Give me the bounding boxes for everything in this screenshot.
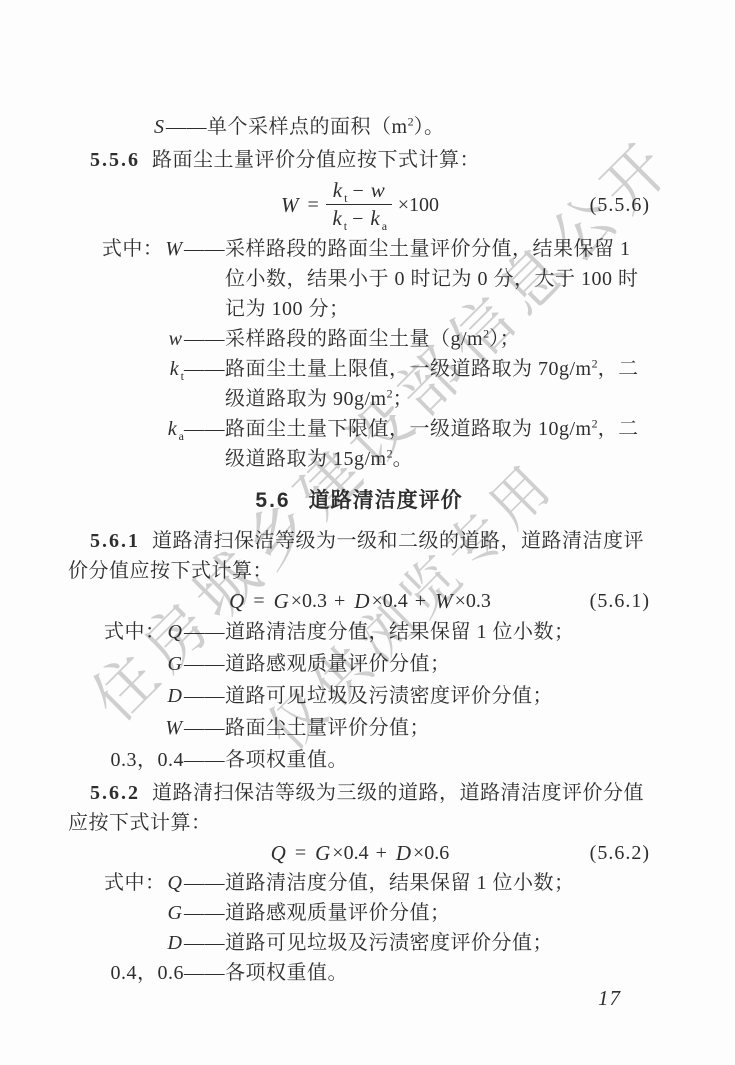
plus-sign: + <box>408 586 433 616</box>
variable-D: D <box>166 932 184 954</box>
definition-dash: —— <box>184 872 225 894</box>
definition-text: 采样路段的路面尘土量（g/m <box>225 328 483 350</box>
definition-dash: —— <box>184 685 225 707</box>
page-number: 17 <box>598 986 621 1011</box>
definition-row: 0.4，0.6—— 各项权重值。 <box>68 958 650 988</box>
definition-dash: —— <box>166 116 207 138</box>
variable-W: W <box>433 586 455 616</box>
definition-text: 路面尘土量下限值，一级道路取为 10g/m2，二级道路取为 15g/m2。 <box>225 414 650 474</box>
definition-term: D—— <box>68 680 225 712</box>
clause-text: 路面尘土量评价分值应按下式计算： <box>140 149 480 171</box>
definition-row: W—— 路面尘土量评价分值； <box>68 712 650 744</box>
definition-text: ）。 <box>414 116 445 138</box>
definition-row: G—— 道路感观质量评价分值； <box>68 648 650 680</box>
definition-row: G—— 道路感观质量评价分值； <box>68 898 650 928</box>
equals-sign: = <box>246 586 271 616</box>
definition-term: 0.3，0.4—— <box>68 744 225 776</box>
definition-text: 道路可见垃圾及污渍密度评价分值； <box>225 680 650 712</box>
definition-dash: —— <box>184 962 225 984</box>
definition-text: 各项权重值。 <box>225 744 650 776</box>
subscript-a: a <box>382 219 387 233</box>
definition-row: w—— 采样路段的路面尘土量（g/m2）； <box>68 324 650 354</box>
equation-number: (5.6.1) <box>590 586 650 616</box>
definition-dash: —— <box>184 902 225 924</box>
variable-D: D <box>394 838 413 868</box>
definition-dash: —— <box>184 358 225 380</box>
definition-term: 0.4，0.6—— <box>68 958 225 988</box>
definition-dash: —— <box>184 653 225 675</box>
definition-term: G—— <box>68 648 225 680</box>
weight-values: 0.4，0.6 <box>111 962 185 984</box>
variable-G: G <box>166 653 184 675</box>
definition-term: W—— <box>68 712 225 744</box>
section-title: 道路清洁度评价 <box>309 489 463 512</box>
definition-text: 。 <box>393 448 414 470</box>
clause-5-5-6: 5.5.6路面尘土量评价分值应按下式计算： <box>68 145 650 175</box>
variable-k: k <box>368 206 381 230</box>
section-number: 5.6 <box>255 489 290 512</box>
definition-text: 路面尘土量下限值，一级道路取为 10g/m <box>225 418 592 440</box>
factor: ×0.4 <box>332 838 368 868</box>
variable-D: D <box>352 586 371 616</box>
factor: ×0.4 <box>372 586 408 616</box>
definition-row: D—— 道路可见垃圾及污渍密度评价分值； <box>68 680 650 712</box>
definition-text: 道路清洁度分值，结果保留 1 位小数； <box>225 616 650 648</box>
variable-G: G <box>166 902 184 924</box>
minus-sign: − <box>352 208 363 230</box>
factor: ×0.3 <box>291 586 327 616</box>
definition-term: 式中：W—— <box>68 234 225 324</box>
definition-text: 道路感观质量评价分值； <box>225 898 650 928</box>
definition-row: 0.3，0.4—— 各项权重值。 <box>68 744 650 776</box>
variable-w: w <box>369 178 387 202</box>
where-block-556: 式中：W—— 采样路段的路面尘土量评价分值，结果保留 1 位小数，结果小于 0 … <box>68 234 650 474</box>
minus-sign: − <box>352 180 363 202</box>
definition-row: D—— 道路可见垃圾及污渍密度评价分值； <box>68 928 650 958</box>
equation-number: (5.6.2) <box>590 838 650 868</box>
definition-term: w—— <box>68 324 225 354</box>
section-heading-5-6: 5.6道路清洁度评价 <box>68 486 650 516</box>
formula-lhs: Q <box>227 586 246 616</box>
variable-k-upper-limit: k <box>168 358 181 380</box>
definition-dash: —— <box>184 717 225 739</box>
definition-dash: —— <box>184 621 225 643</box>
plus-sign: + <box>327 586 352 616</box>
definition-term: ka—— <box>68 414 225 474</box>
variable-Q: Q <box>166 872 184 894</box>
plus-sign: + <box>369 838 394 868</box>
weight-values: 0.3，0.4 <box>111 749 185 771</box>
symbol-s: S <box>152 116 166 138</box>
clause-number: 5.6.1 <box>90 530 140 552</box>
subscript-t: t <box>344 191 347 205</box>
fraction: kt − w kt − ka <box>326 178 392 231</box>
symbol-definition-s: S——单个采样点的面积（m2）。 <box>68 112 650 142</box>
definition-dash: —— <box>184 932 225 954</box>
variable-G: G <box>313 838 332 868</box>
formula-5-6-2: Q = G×0.4 + D×0.6 (5.6.2) <box>68 838 650 868</box>
clause-number: 5.6.2 <box>90 782 140 804</box>
factor: ×0.3 <box>455 586 491 616</box>
definition-text: 单个采样点的面积（m <box>207 116 408 138</box>
definition-text: ）； <box>489 328 520 350</box>
definition-dash: —— <box>184 749 225 771</box>
variable-G: G <box>272 586 291 616</box>
definition-term: 式中：Q—— <box>68 868 225 898</box>
variable-k: k <box>331 178 344 202</box>
definition-term: D—— <box>68 928 225 958</box>
where-label: 式中： <box>102 238 164 260</box>
definition-row: kt—— 路面尘土量上限值，一级道路取为 70g/m2，二级道路取为 90g/m… <box>68 354 650 414</box>
variable-k-lower-limit: k <box>166 418 179 440</box>
formula-lhs: Q <box>269 838 288 868</box>
definition-term: kt—— <box>68 354 225 414</box>
variable-D: D <box>166 685 184 707</box>
factor: ×0.6 <box>413 838 449 868</box>
definition-text: 各项权重值。 <box>225 958 650 988</box>
definition-dash: —— <box>184 328 225 350</box>
variable-Q: Q <box>166 621 184 643</box>
formula-5-5-6: W = kt − w kt − ka ×100 (5.5.6) <box>68 178 650 231</box>
formula-5-6-1: Q = G×0.3 + D×0.4 + W×0.3 (5.6.1) <box>68 586 650 616</box>
definition-text: 道路清洁度分值，结果保留 1 位小数； <box>225 868 650 898</box>
definition-row: 式中：W—— 采样路段的路面尘土量评价分值，结果保留 1 位小数，结果小于 0 … <box>68 234 650 324</box>
page-content: S——单个采样点的面积（m2）。 5.5.6路面尘土量评价分值应按下式计算： W… <box>68 112 650 988</box>
definition-text: 路面尘土量上限值，一级道路取为 70g/m2，二级道路取为 90g/m2； <box>225 354 650 414</box>
definition-text: 路面尘土量评价分值； <box>225 712 650 744</box>
definition-text: 采样路段的路面尘土量（g/m2）； <box>225 324 650 354</box>
clause-number: 5.5.6 <box>90 149 140 171</box>
fraction-denominator: kt − ka <box>326 205 392 231</box>
variable-W: W <box>163 238 184 260</box>
subscript-t: t <box>344 219 347 233</box>
definition-text: 采样路段的路面尘土量评价分值，结果保留 1 位小数，结果小于 0 时记为 0 分… <box>225 234 650 324</box>
definition-dash: —— <box>184 418 225 440</box>
variable-w-lower: w <box>167 328 184 350</box>
definition-text: 道路可见垃圾及污渍密度评价分值； <box>225 928 650 958</box>
clause-5-6-2: 5.6.2道路清扫保洁等级为三级的道路，道路清洁度评价分值应按下式计算： <box>68 778 650 838</box>
formula-factor: ×100 <box>392 190 439 220</box>
definition-term: G—— <box>68 898 225 928</box>
definition-text: 路面尘土量上限值，一级道路取为 70g/m <box>225 358 592 380</box>
equals-sign: = <box>300 190 325 220</box>
equals-sign: = <box>288 838 313 868</box>
where-block-562: 式中：Q—— 道路清洁度分值，结果保留 1 位小数； G—— 道路感观质量评价分… <box>68 868 650 988</box>
formula-lhs: W <box>279 190 301 220</box>
where-label: 式中： <box>104 872 166 894</box>
definition-term: 式中：Q—— <box>68 616 225 648</box>
equation-number: (5.5.6) <box>590 190 650 220</box>
where-block-561: 式中：Q—— 道路清洁度分值，结果保留 1 位小数； G—— 道路感观质量评价分… <box>68 616 650 776</box>
where-label: 式中： <box>104 621 166 643</box>
definition-row: 式中：Q—— 道路清洁度分值，结果保留 1 位小数； <box>68 868 650 898</box>
definition-row: 式中：Q—— 道路清洁度分值，结果保留 1 位小数； <box>68 616 650 648</box>
clause-text: 道路清扫保洁等级为三级的道路，道路清洁度评价分值应按下式计算： <box>68 782 644 834</box>
clause-5-6-1: 5.6.1道路清扫保洁等级为一级和二级的道路，道路清洁度评价分值应按下式计算： <box>68 526 650 586</box>
definition-row: ka—— 路面尘土量下限值，一级道路取为 10g/m2，二级道路取为 15g/m… <box>68 414 650 474</box>
definition-dash: —— <box>184 238 225 260</box>
fraction-numerator: kt − w <box>326 178 392 205</box>
variable-k: k <box>330 206 343 230</box>
clause-text: 道路清扫保洁等级为一级和二级的道路，道路清洁度评价分值应按下式计算： <box>68 530 644 582</box>
definition-text: 道路感观质量评价分值； <box>225 648 650 680</box>
document-page: 住房城乡建设部信息公开 仅供浏览专用 S——单个采样点的面积（m2）。 5.5.… <box>0 0 735 1065</box>
variable-W: W <box>163 717 184 739</box>
definition-text: ； <box>393 388 414 410</box>
